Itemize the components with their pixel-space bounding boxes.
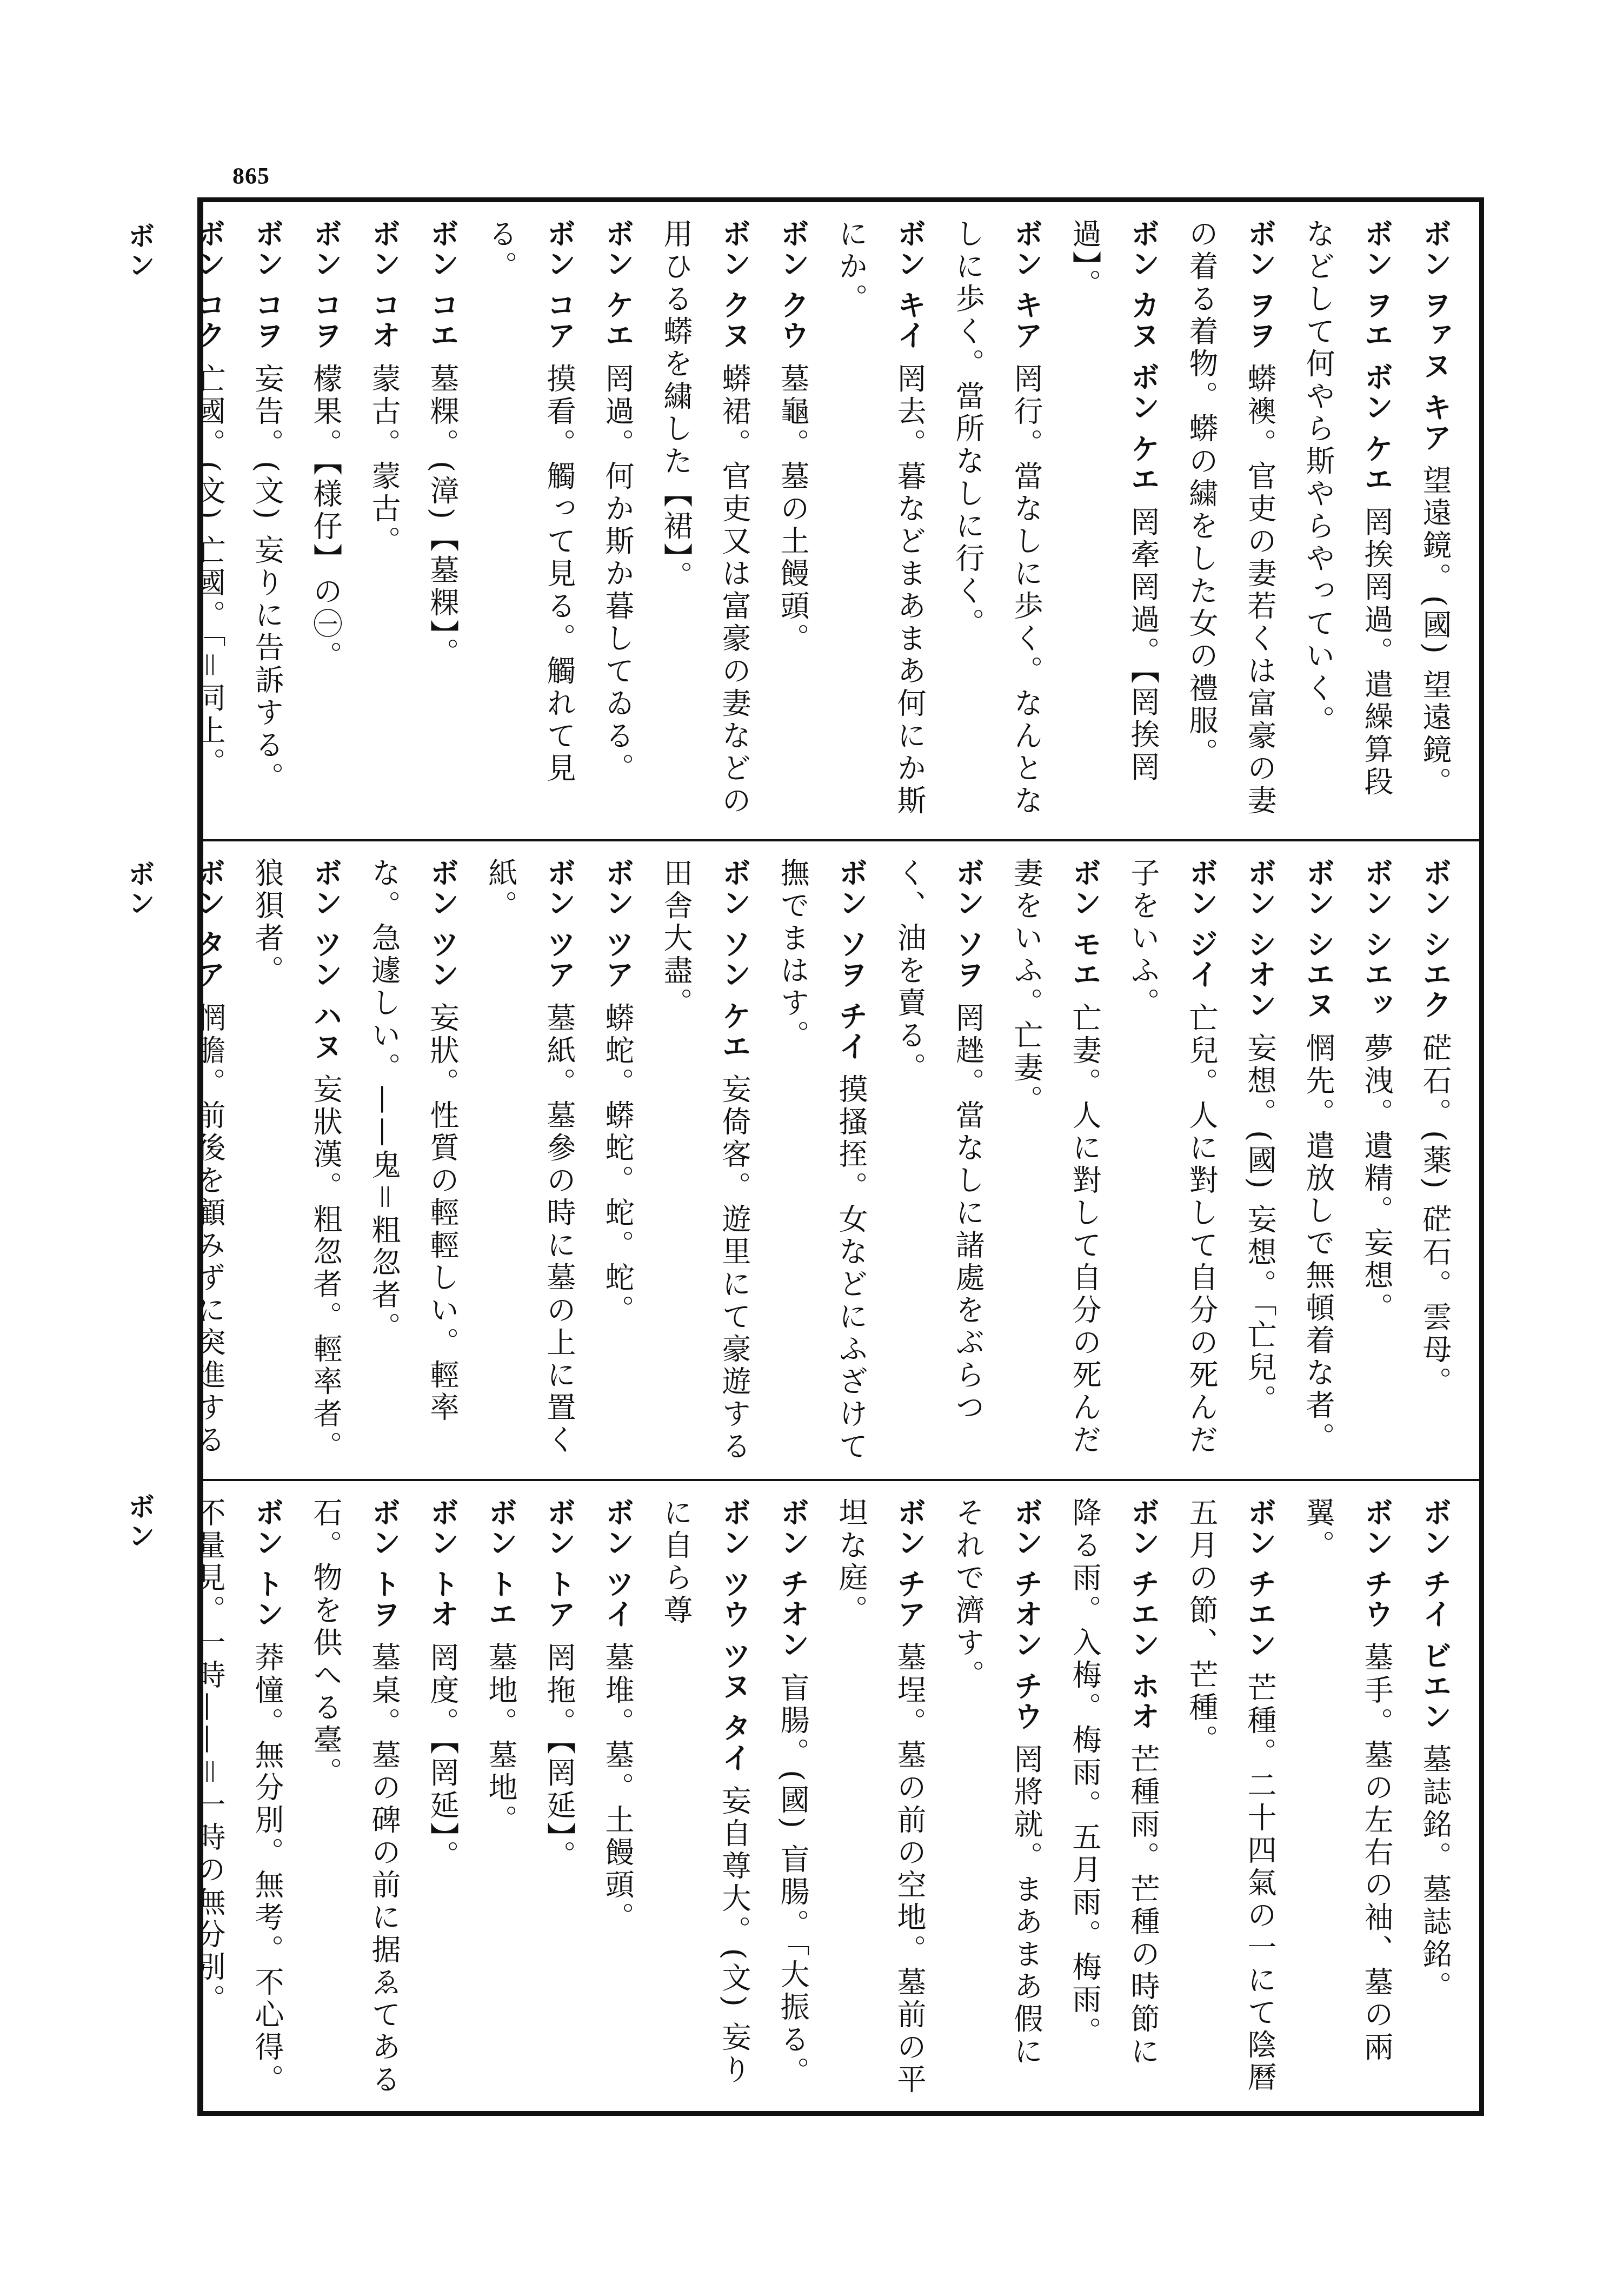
spacer [309,1062,343,1074]
entry-headword: ボン ソヲ チイ [834,858,868,1062]
spacer [542,351,576,363]
entry-headword: ボン コク [203,218,226,351]
dictionary-entry: ボン トン 莽憧。無分別。無考。不心得。不量見。一時——＝一時の無分別。 [203,1497,296,2098]
spacer [542,1630,576,1642]
entry-columns: ボン チイ ビエン 墓誌銘。墓誌銘。ボン チウ 墓手。墓の左右の袖、墓の兩翼。ボ… [218,1497,1464,2098]
dictionary-entry: ボン ヲエ ボン ケエ 罔挨罔過。遣繰算段などして何やら斯やらやっていく。 [1289,218,1406,824]
entry-headword: ボン ジイ [1185,858,1219,990]
entry-definition: 硭石。(薬) 硭石。雲母。 [1418,1033,1452,1399]
entry-definition: 罔拖。【罔延】。 [542,1642,576,1873]
entry-definition: 夢洩。遺精。妄想。 [1360,1033,1394,1325]
spacer [717,351,751,363]
entry-headword: ボン コオ [367,218,401,351]
section-marker-middle: ボン [120,860,159,918]
dictionary-entry: ボン シオン 妄想。(國) 妄想。「亡兒。 [1230,858,1289,1466]
entry-headword: ボン クウ [776,218,810,351]
spacer [250,1630,284,1642]
spacer [1243,1020,1277,1033]
dictionary-entry: ボン タア 惘膽。前後を顧みずに突進するもの。向見ず。猪武者。 [203,858,238,1466]
spacer [203,990,226,1003]
dictionary-entry: ボン コオ 蒙古。蒙古。 [355,218,413,824]
entry-headword: ボン コエ [425,218,460,351]
spacer [484,1630,518,1642]
spacer [1418,1020,1452,1033]
dictionary-entry: ボン ツア 蟒蛇。蟒蛇。蛇。蛇。 [588,858,647,1466]
dictionary-entry: ボン コヲ 檬果。【様仔】の㊀。 [296,218,355,824]
entry-headword: ボン ツウ ツヌ タイ [717,1497,751,1773]
entry-headword: ボン ツア [542,858,576,990]
spacer [717,1773,751,1786]
entry-headword: ボン ケエ [601,218,635,351]
spacer [1009,351,1043,363]
dictionary-entry: ボン チオン 盲腸。(國) 盲腸。「大振る。 [763,1497,822,2098]
entry-headword: ボン キア [1009,218,1043,351]
entry-definition: 墓地。墓地。 [484,1642,518,1837]
spacer [1243,351,1277,363]
entry-definition: 罔度。【罔延】。 [425,1642,460,1873]
spacer [893,1630,927,1642]
entry-definition: 惘先。遣放しで無頓着な者。 [1301,1033,1335,1455]
entry-headword: ボン チエン ホオ [1126,1497,1160,1732]
dictionary-entry: ボン ジイ 亡兒。人に對して自分の死んだ子をいふ。 [1114,858,1230,1466]
entry-headword: ボン トン [250,1497,284,1630]
entry-definition: 蟒蛇。蟒蛇。蛇。蛇。 [601,1003,635,1327]
entry-headword: ボン シオン [1243,858,1277,1020]
dictionary-entry: ボン ソン ケエ 妄倚客。遊里にて豪遊する田舎大盡。 [647,858,763,1466]
band-bottom: ボン チイ ビエン 墓誌銘。墓誌銘。ボン チウ 墓手。墓の左右の袖、墓の兩翼。ボ… [203,1479,1479,2108]
dictionary-entry: ボン ツン ハヌ 妄狀漢。粗忽者。輕率者。狼狽者。 [238,858,355,1466]
entry-definition: 墓誌銘。墓誌銘。 [1418,1744,1452,2004]
entry-headword: ボン コヲ [309,218,343,351]
dictionary-entry: ボン チエン ホオ 芒種雨。芒種の時節に降る雨。入梅。梅雨。五月雨。梅雨。 [1055,1497,1172,2098]
spacer [1301,1020,1335,1033]
spacer [601,990,635,1003]
spacer [367,1630,401,1642]
dictionary-entry: ボン ツウ ツヌ タイ 妄自尊大。(文) 妄りに自ら尊 [647,1497,763,2098]
entry-headword: ボン カヌ ボン ケエ [1126,218,1160,494]
entry-headword: ボン シエヌ [1301,858,1335,1020]
spacer [1243,1660,1277,1673]
entry-headword: ボン チエン [1243,1497,1277,1660]
dictionary-entry: ボン トエ 墓地。墓地。 [471,1497,530,2098]
entry-headword: ボン ツア [601,858,635,990]
entry-headword: ボン タア [203,858,226,990]
entry-headword: ボン ヲヲ [1243,218,1277,351]
entry-headword: ボン トヲ [367,1497,401,1630]
dictionary-entry: ボン ヲヲ 蟒襖。官吏の妻若くは富豪の妻の着る着物。蟒の繍をした女の禮服。 [1172,218,1289,824]
spacer [601,1630,635,1642]
spacer [367,351,401,363]
dictionary-entry: ボン クヌ 蟒裙。官吏又は富豪の妻などの用ひる蟒を繍した【裙】。 [647,218,763,824]
dictionary-entry: ボン ツイ 墓堆。墓。土饅頭。 [588,1497,647,2098]
dictionary-entry: ボン カヌ ボン ケエ 罔牽罔過。【罔挨罔過】。 [1055,218,1172,824]
dictionary-entry: ボン コエ 墓粿。(漳)【墓粿】。 [413,218,471,824]
spacer [309,351,343,363]
entry-definition: 妄告。(文) 妄りに告訴する。 [250,363,284,794]
dictionary-entry: ボン ソヲ チイ 摸搔挃。女などにふざけて撫でまはす。 [763,858,880,1466]
entry-headword: ボン コヲ [250,218,284,351]
dictionary-entry: ボン コク 亡國。(文) 亡國。「＝同上。 [203,218,238,824]
dictionary-entry: ボン キア 罔行。當なしに歩く。なんとなしに歩く。當所なしに行く。 [939,218,1055,824]
dictionary-entry: ボン チア 墓埕。墓の前の空地。墓前の平坦な庭。 [822,1497,939,2098]
spacer [425,351,460,363]
dictionary-entry: ボン トオ 罔度。【罔延】。 [413,1497,471,2098]
spacer [425,990,460,1003]
entry-headword: ボン トア [542,1497,576,1630]
spacer [1009,1732,1043,1744]
dictionary-entry: ボン チイ ビエン 墓誌銘。墓誌銘。 [1406,1497,1464,2098]
entry-headword: ボン チア [893,1497,927,1630]
entry-headword: ボン チオン チウ [1009,1497,1043,1732]
spacer [425,1630,460,1642]
spacer [834,1062,868,1074]
dictionary-entry: ボン シエッ 夢洩。遺精。妄想。 [1347,858,1406,1466]
dictionary-entry: ボン チウ 墓手。墓の左右の袖、墓の兩翼。 [1289,1497,1406,2098]
spacer [203,351,226,363]
dictionary-entry: ボン シエヌ 惘先。遣放しで無頓着な者。 [1289,858,1347,1466]
entry-headword: ボン シエッ [1360,858,1394,1020]
dictionary-entry: ボン ケエ 罔過。何か斯か暮してゐる。 [588,218,647,824]
entry-definition: 望遠鏡。(國) 望遠鏡。 [1418,466,1452,799]
spacer [1068,990,1102,1003]
dictionary-entry: ボン トア 罔拖。【罔延】。 [530,1497,588,2098]
spacer [1126,1732,1160,1744]
dictionary-entry: ボン シエク 硭石。(薬) 硭石。雲母。 [1406,858,1464,1466]
entry-columns: ボン ヲァヌ キア 望遠鏡。(國) 望遠鏡。ボン ヲエ ボン ケエ 罔挨罔過。遣… [218,218,1464,824]
band-top: ボン ヲァヌ キア 望遠鏡。(國) 望遠鏡。ボン ヲエ ボン ケエ 罔挨罔過。遣… [203,202,1479,835]
entry-headword: ボン コア [542,218,576,351]
dictionary-entry: ボン チオン チウ 罔將就。まあまあ假にそれで濟す。 [939,1497,1055,2098]
entry-definition: 罔過。何か斯か暮してゐる。 [601,363,635,785]
spacer [1185,990,1219,1003]
entry-definition: 墓堆。墓。土饅頭。 [601,1642,635,1934]
spacer [951,990,985,1003]
page-number: 865 [232,162,270,190]
entry-headword: ボン チオン [776,1497,810,1660]
entry-definition: 墓龜。墓の土饅頭。 [776,363,810,655]
entry-definition: 亡國。(文) 亡國。「＝同上。 [203,363,226,780]
dictionary-entry: ボン コヲ 妄告。(文) 妄りに告訴する。 [238,218,296,824]
entry-columns: ボン シエク 硭石。(薬) 硭石。雲母。ボン シエッ 夢洩。遺精。妄想。ボン シ… [218,858,1464,1466]
dictionary-entry: ボン キイ 罔去。暮などまあまあ何にか斯にか。 [822,218,939,824]
entry-headword: ボン ソン ケエ [717,858,751,1062]
spacer [1126,494,1160,507]
spacer [542,990,576,1003]
dictionary-entry: ボン チエン 芒種。二十四氣の一にて陰曆五月の節、芒種。 [1172,1497,1289,2098]
spacer [893,351,927,363]
entry-definition: 檬果。【様仔】の㊀。 [309,363,343,673]
entry-definition: 妄想。(國) 妄想。「亡兒。 [1243,1033,1277,1417]
section-marker-top: ボン [120,222,159,280]
entry-definition: 蒙古。蒙古。 [367,363,401,558]
dictionary-entry: ボン ツア 墓紙。墓參の時に墓の上に置く紙。 [471,858,588,1466]
entry-headword: ボン キイ [893,218,927,351]
entry-headword: ボン クヌ [717,218,751,351]
dictionary-entry: ボン ヲァヌ キア 望遠鏡。(國) 望遠鏡。 [1406,218,1464,824]
section-marker-bottom: ボン [120,1492,159,1551]
spacer [776,351,810,363]
entry-headword: ボン ツイ [601,1497,635,1630]
dictionary-entry: ボン コア 摸看。觸って見る。觸れて見る。 [471,218,588,824]
entry-definition: 盲腸。(國) 盲腸。「大振る。 [776,1673,810,2089]
spacer [1360,1630,1394,1642]
entry-headword: ボン シエク [1418,858,1452,1020]
entry-headword: ボン ソヲ [951,858,985,990]
dictionary-frame: ボン ヲァヌ キア 望遠鏡。(國) 望遠鏡。ボン ヲエ ボン ケエ 罔挨罔過。遣… [197,197,1484,2116]
entry-headword: ボン ヲァヌ キア [1418,218,1452,453]
entry-headword: ボン チイ ビエン [1418,1497,1452,1732]
entry-headword: ボン ツン ハヌ [309,858,343,1062]
dictionary-entry: ボン ツン 妄狀。性質の輕輕しい。輕率な。急遽しい。——鬼＝粗忽者。 [355,858,471,1466]
entry-headword: ボン トエ [484,1497,518,1630]
dictionary-entry: ボン ソヲ 罔趖。當なしに諸處をぶらつく、油を賣る。 [880,858,997,1466]
dictionary-entry: ボン トヲ 墓桌。墓の碑の前に据ゑてある石。物を供へる臺。 [296,1497,413,2098]
entry-headword: ボン モエ [1068,858,1102,990]
entry-headword: ボン ツン [425,858,460,990]
spacer [776,1660,810,1673]
entry-headword: ボン トオ [425,1497,460,1630]
dictionary-entry: ボン モエ 亡妻。人に對して自分の死んだ妻をいふ。亡妻。 [997,858,1114,1466]
entry-headword: ボン チウ [1360,1497,1394,1630]
spacer [1418,453,1452,466]
spacer [250,351,284,363]
spacer [1360,1020,1394,1033]
dictionary-entry: ボン クウ 墓龜。墓の土饅頭。 [763,218,822,824]
spacer [717,1062,751,1074]
spacer [1360,494,1394,507]
band-middle: ボン シエク 硭石。(薬) 硭石。雲母。ボン シエッ 夢洩。遺精。妄想。ボン シ… [203,839,1479,1477]
entry-definition: 墓粿。(漳)【墓粿】。 [425,363,460,670]
spacer [601,351,635,363]
spacer [1418,1732,1452,1744]
entry-headword: ボン ヲエ ボン ケエ [1360,218,1394,494]
